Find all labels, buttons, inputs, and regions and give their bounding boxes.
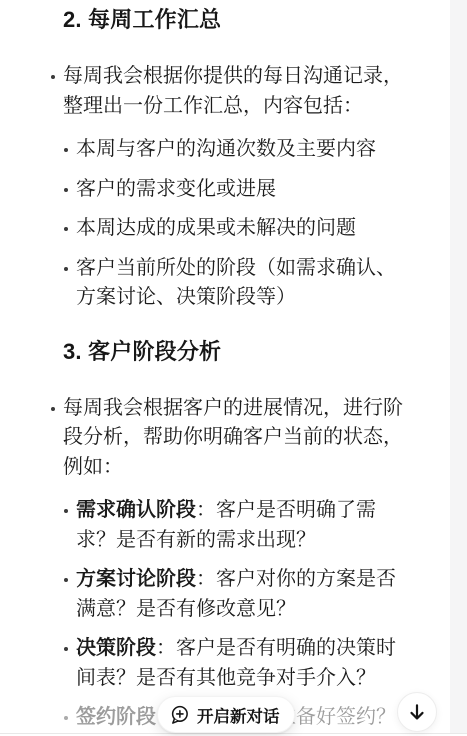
list-item: 方案讨论阶段：客户对你的方案是否满意？是否有修改意见？ (76, 565, 401, 624)
item-text: 客户的需求变化或进展 (76, 178, 276, 200)
section-heading: 3. 客户阶段分析 (63, 337, 408, 367)
chat-message: 2. 每周工作汇总 每周我会根据你提供的每日沟通记录，整理出一份工作汇总，内容包… (0, 0, 467, 736)
chat-plus-icon (169, 704, 190, 725)
item-lead: 决策阶段 (76, 637, 156, 659)
chat-screen: { "colors": { "text": "#1b1b1b", "faded_… (0, 0, 467, 736)
intro-item: 每周我会根据客户的进展情况，进行阶段分析，帮助你明确客户当前的状态，例如： (63, 394, 408, 483)
section-heading: 2. 每周工作汇总 (63, 5, 408, 35)
item-text: 客户当前所处的阶段（如需求确认、方案讨论、决策阶段等） (76, 257, 396, 309)
bullet-dot (64, 148, 68, 152)
bullet-list: 本周与客户的沟通次数及主要内容 客户的需求变化或进展 本周达成的成果或未解决的问… (76, 135, 401, 313)
list-item: 本周达成的成果或未解决的问题 (76, 214, 401, 244)
new-chat-label: 开启新对话 (197, 703, 280, 727)
section-customer-stage-analysis: 3. 客户阶段分析 每周我会根据客户的进展情况，进行阶段分析，帮助你明确客户当前… (63, 337, 408, 733)
section-weekly-summary: 2. 每周工作汇总 每周我会根据你提供的每日沟通记录，整理出一份工作汇总，内容包… (63, 5, 408, 313)
bullet-dot (64, 716, 68, 720)
bullet-dot (51, 75, 55, 79)
bullet-dot (51, 407, 55, 411)
new-chat-button[interactable]: 开启新对话 (157, 696, 295, 733)
list-item: 决策阶段：客户是否有明确的决策时间表？是否有其他竞争对手介入？ (76, 634, 401, 693)
bullet-dot (64, 509, 68, 513)
item-text: 本周达成的成果或未解决的问题 (76, 217, 356, 239)
list-item: 客户当前所处的阶段（如需求确认、方案讨论、决策阶段等） (76, 254, 401, 313)
bullet-dot (64, 647, 68, 651)
arrow-down-icon (406, 701, 428, 723)
bullet-dot (64, 227, 68, 231)
scroll-to-bottom-button[interactable] (397, 692, 437, 732)
list-item: 本周与客户的沟通次数及主要内容 (76, 135, 401, 165)
list-item: 客户的需求变化或进展 (76, 175, 401, 205)
item-lead: 方案讨论阶段 (76, 568, 196, 590)
scrollbar-gutter (450, 0, 467, 736)
intro-text: 每周我会根据你提供的每日沟通记录，整理出一份工作汇总，内容包括： (63, 65, 403, 117)
bullet-dot (64, 267, 68, 271)
item-lead: 签约阶段 (76, 706, 156, 728)
item-text: 本周与客户的沟通次数及主要内容 (76, 138, 376, 160)
intro-item: 每周我会根据你提供的每日沟通记录，整理出一份工作汇总，内容包括： (63, 62, 408, 121)
item-lead: 需求确认阶段 (76, 499, 196, 521)
list-item: 需求确认阶段：客户是否明确了需求？是否有新的需求出现？ (76, 496, 401, 555)
intro-text: 每周我会根据客户的进展情况，进行阶段分析，帮助你明确客户当前的状态，例如： (63, 397, 403, 478)
bullet-dot (64, 578, 68, 582)
bullet-dot (64, 188, 68, 192)
